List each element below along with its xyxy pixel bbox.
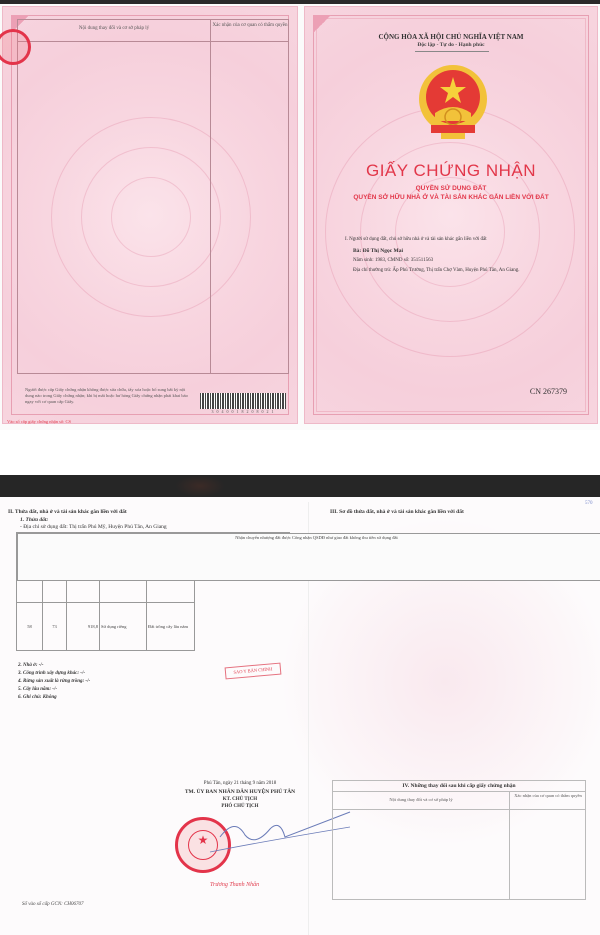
sign-role-1: KT. CHỦ TỊCH [150,797,330,802]
copy-stamp: SAO Y BẢN CHÍNH [225,663,282,680]
section-3-title: III. Sơ đồ thửa đất, nhà ở và tài sản kh… [330,509,464,515]
item-forest: 4. Rừng sản xuất là rừng trồng: -/- [18,678,90,686]
changes-after-issue-table: IV. Những thay đổi sau khi cấp giấy chứn… [332,780,586,900]
section-2-title: II. Thửa đất, nhà ở và tài sản khác gắn … [8,509,127,515]
certificate-front: Nội dung thay đổi và cơ sở pháp lý Xác n… [0,0,600,430]
cell-usage-form: Sử dụng riêng [100,603,147,651]
signer-name: Trương Thanh Nhân [210,882,259,888]
registry-note: Vào sổ cấp giấy chứng nhận số: CS [7,419,71,424]
section-2-1-title: 1. Thửa đất: [20,517,48,523]
header-confirm: Xác nhận của cơ quan có thẩm quyền [509,793,587,799]
sign-organization: TM. ỦY BAN NHÂN DÂN HUYỆN PHÚ TÂN [150,789,330,795]
country-name: CỘNG HÒA XÃ HỘI CHỦ NGHĨA VIỆT NAM [305,33,597,41]
row-divider [333,791,585,792]
corner-ornament [313,15,331,33]
certificate-back: II. Thửa đất, nhà ở và tài sản khác gắn … [0,497,600,935]
scan-artifact [175,475,225,497]
header-content: Nội dung thay đổi và cơ sở pháp lý [333,797,509,802]
serial-number: CN 267379 [530,387,567,396]
row-divider [333,809,585,810]
certificate-subtitle-1: QUYỀN SỬ DỤNG ĐẤT [305,185,597,192]
divider [415,51,489,52]
cell-origin: Nhận chuyển nhượng đất được Công nhận QS… [17,533,600,581]
owner-birth: Năm sinh: 1983, CMND số: 351511563 [353,258,600,263]
column-divider [509,791,510,899]
cell-parcel: 73 [43,603,67,651]
warning-note: Người được cấp Giấy chứng nhận không đượ… [25,387,195,405]
land-table: Tờ bản đồ số Thửa đất số Diện tích (m²) … [16,532,290,651]
column-divider [210,20,211,373]
certificate-subtitle-2: QUYỀN SỞ HỮU NHÀ Ở VÀ TÀI SẢN KHÁC GẮN L… [305,194,597,201]
land-address: - Địa chỉ sử dụng đất: Thị trấn Phú Mỹ, … [20,524,167,530]
owner-address: Địa chỉ thường trú: Ấp Phú Trường, Thị t… [353,268,600,273]
motto: Độc lập - Tự do - Hạnh phúc [305,42,597,48]
certificate-title: GIẤY CHỨNG NHẬN [305,161,597,181]
item-house: 2. Nhà ở: -/- [18,662,90,670]
certificate-left-panel: Nội dung thay đổi và cơ sở pháp lý Xác n… [2,6,298,424]
cell-map-sheet: 58 [17,603,43,651]
cell-purpose: Đất trồng cây lâu năm [147,603,195,651]
owner-heading: I. Người sử dụng đất, chủ sở hữu nhà ở v… [345,237,595,242]
changes-table: Nội dung thay đổi và cơ sở pháp lý Xác n… [17,19,289,374]
section-4-title: IV. Những thay đổi sau khi cấp giấy chứn… [333,783,585,789]
barcode [200,393,286,409]
table-row: 58 73 918,8 Sử dụng riêng Đất trồng cây … [17,603,290,651]
barcode-number: 3 0 4 0 0 1 8 2 0 8 0 2 1 [200,409,286,414]
national-emblem-icon [415,63,491,145]
certificate-right-panel: CỘNG HÒA XÃ HỘI CHỦ NGHĨA VIỆT NAM Độc l… [304,6,598,424]
property-items: 2. Nhà ở: -/- 3. Công trình xây dựng khá… [18,662,90,702]
sign-date: Phú Tân, ngày 21 tháng 9 năm 2018 [150,781,330,786]
scan-edge [0,0,600,4]
issue-number: Số vào sổ cấp GCN: CH06707 [22,902,84,907]
header-content: Nội dung thay đổi và cơ sở pháp lý [18,26,210,31]
margin-number: 570 [585,501,593,506]
header-confirm: Xác nhận của cơ quan có thẩm quyền [210,22,290,29]
item-construction: 3. Công trình xây dựng khác: -/- [18,670,90,678]
item-perennial: 5. Cây lâu năm: -/- [18,686,90,694]
scan-separator [0,475,600,497]
item-note: 6. Ghi chú: Không [18,694,90,702]
owner-name: Bà: Đỗ Thị Ngọc Mai [353,248,600,254]
cell-area: 918,8 [67,603,100,651]
